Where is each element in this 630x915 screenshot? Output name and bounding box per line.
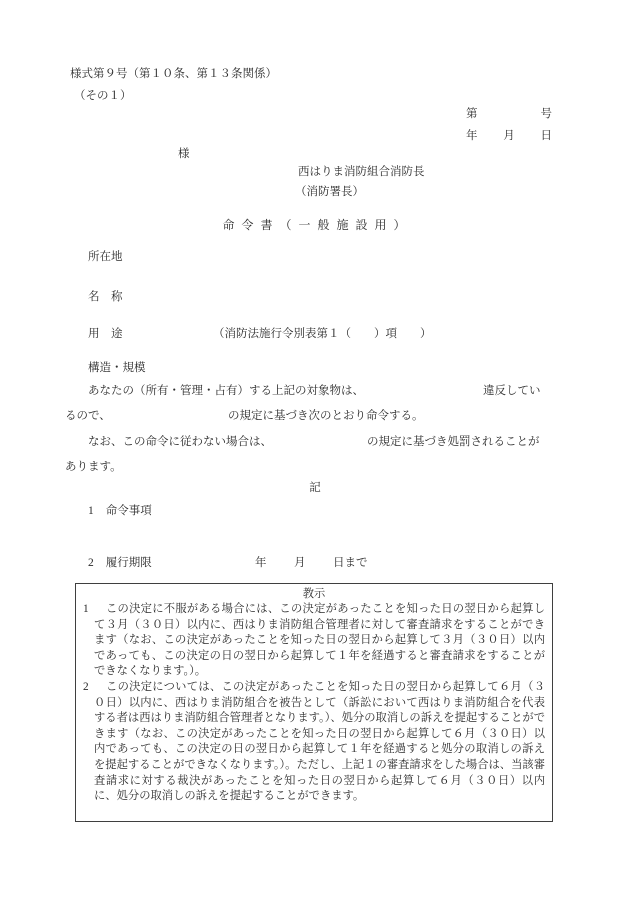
document-title: 命 令 書 （ 一 般 施 設 用 ） (0, 218, 630, 233)
date-month-label: 月 (503, 129, 515, 144)
body-line1-left: あなたの（所有・管理・占有）する上記の対象物は、 (88, 384, 364, 399)
form-number-label: 様式第９号（第１０条、第１３条関係） (70, 67, 277, 82)
body-line3-left: なお、この命令に従わない場合は、 (88, 435, 272, 450)
appeal-item-1-text: この決定に不服がある場合には、この決定があったことを知った日の翌日から起算して３… (94, 602, 545, 680)
addressee-honorific: 様 (178, 147, 190, 162)
issuer-title: 西はりま消防組合消防長 (298, 165, 425, 180)
date-year-label: 年 (466, 129, 478, 144)
body-line3-right: の規定に基づき処罰されることが (367, 435, 540, 450)
record-item-1: 1命令事項 (88, 504, 152, 519)
body-line4: あります。 (65, 460, 122, 475)
deadline-day-label: 日まで (333, 556, 368, 571)
use-field-label: 用 途 (88, 327, 123, 342)
issuer-note: （消防署長） (295, 185, 364, 200)
appeal-instructions-item-2: 2 この決定については、この決定があったことを知った日の翌日から起算して６月（３… (83, 680, 545, 805)
body-line2-right: の規定に基づき次のとおり命令する。 (228, 409, 424, 424)
appeal-instructions-title: 教示 (83, 586, 545, 602)
form-part-label: （その１） (74, 89, 132, 104)
record-heading: 記 (0, 481, 630, 496)
appeal-instructions-box: 教示 1 この決定に不服がある場合には、この決定があったことを知った日の翌日から… (75, 583, 553, 822)
date-day-label: 日 (541, 129, 553, 144)
document-number-line: 第 号 (466, 107, 552, 122)
date-line: 年 月 日 (466, 129, 552, 144)
location-field-label: 所在地 (88, 250, 123, 265)
appeal-item-2-number: 2 (83, 680, 89, 696)
doc-number-prefix: 第 (466, 107, 478, 122)
deadline-year-label: 年 (255, 556, 267, 571)
appeal-instructions-item-1: 1 この決定に不服がある場合には、この決定があったことを知った日の翌日から起算し… (83, 602, 545, 680)
structure-field-label: 構造・規模 (88, 361, 146, 376)
record-item-1-number: 1 (88, 505, 94, 517)
body-line1-right: 違反してい (483, 384, 541, 399)
appeal-item-2-text: この決定については、この決定があったことを知った日の翌日から起算して６月（３０日… (94, 680, 545, 805)
appeal-item-1-number: 1 (83, 602, 89, 618)
doc-number-suffix: 号 (541, 107, 553, 122)
name-field-label: 名 称 (88, 290, 123, 305)
record-item-2-label: 履行期限 (106, 557, 152, 569)
record-item-1-label: 命令事項 (106, 505, 152, 517)
record-item-2-number: 2 (88, 557, 94, 569)
deadline-month-label: 月 (294, 556, 306, 571)
record-item-2: 2履行期限 (88, 556, 152, 571)
order-form-page: 様式第９号（第１０条、第１３条関係） （その１） 第 号 年 月 日 様 西はり… (0, 0, 630, 915)
use-field-note: （消防法施行令別表第１（ ）項 ） (213, 327, 432, 342)
body-line2-left: るので、 (65, 409, 111, 424)
